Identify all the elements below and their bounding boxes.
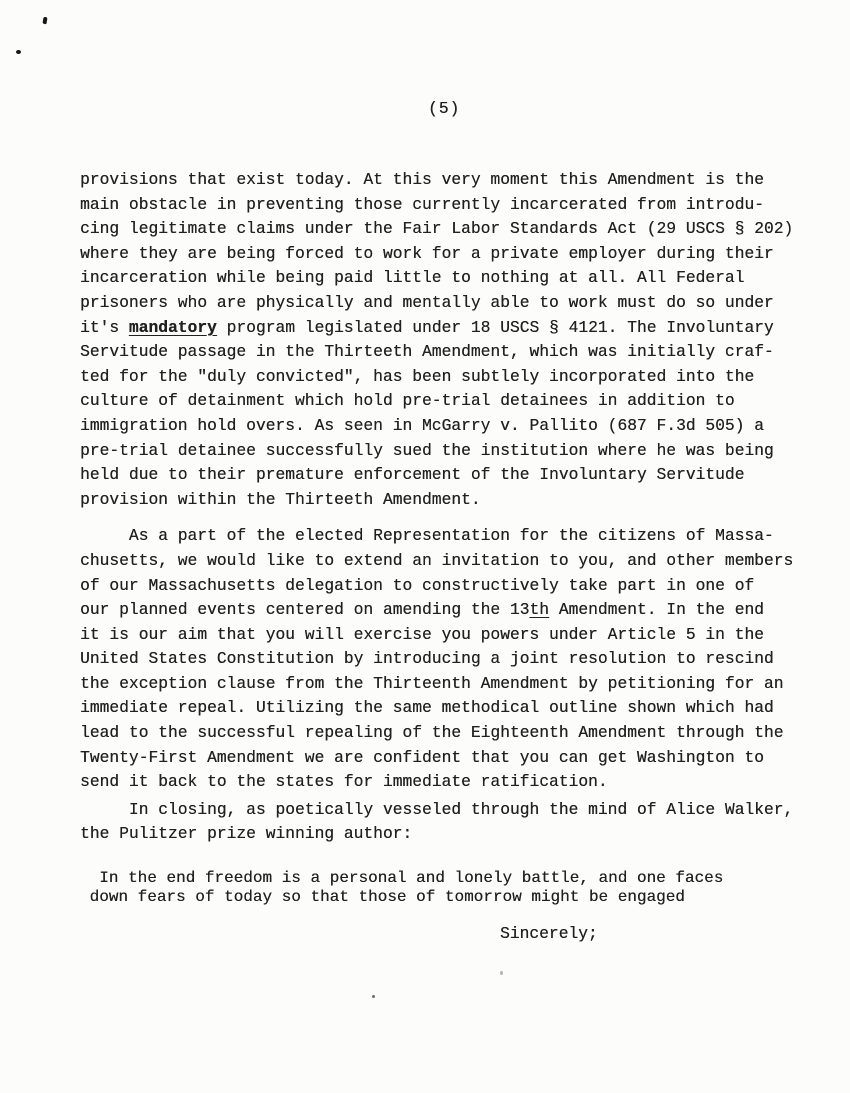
paragraph-closing-intro: In closing, as poetically vesseled throu…: [80, 798, 820, 847]
text-line: As a part of the elected Representation …: [80, 524, 820, 549]
paragraph-invitation: As a part of the elected Representation …: [80, 524, 820, 795]
text-line: the Pulitzer prize winning author:: [80, 822, 820, 847]
closing-signoff: Sincerely;: [80, 922, 820, 947]
text-line: our planned events centered on amending …: [80, 598, 820, 623]
scan-speck-icon: [16, 50, 21, 54]
text-line: prisoners who are physically and mentall…: [80, 291, 820, 316]
text-line: main obstacle in preventing those curren…: [80, 193, 820, 218]
text-line: Twenty-First Amendment we are confident …: [80, 746, 820, 771]
text-line: the exception clause from the Thirteenth…: [80, 672, 820, 697]
text-line: it's mandatory program legislated under …: [80, 316, 820, 341]
paragraph-continuation: provisions that exist today. At this ver…: [80, 168, 820, 512]
text-line: Servitude passage in the Thirteeth Amend…: [80, 340, 820, 365]
text-line: held due to their premature enforcement …: [80, 463, 820, 488]
text-segment: our planned events centered on amending …: [80, 600, 529, 619]
text-line: United States Constitution by introducin…: [80, 647, 820, 672]
text-line: cing legitimate claims under the Fair La…: [80, 217, 820, 242]
text-line: send it back to the states for immediate…: [80, 770, 820, 795]
text-line: immediate repeal. Utilizing the same met…: [80, 696, 820, 721]
text-segment: program legislated under 18 USCS § 4121.…: [217, 318, 774, 337]
text-line: In the end freedom is a personal and lon…: [80, 869, 820, 888]
page-number: (5): [428, 99, 460, 118]
text-line: In closing, as poetically vesseled throu…: [80, 798, 820, 823]
text-line: down fears of today so that those of tom…: [80, 888, 820, 907]
text-line: immigration hold overs. As seen in McGar…: [80, 414, 820, 439]
text-line: it is our aim that you will exercise you…: [80, 623, 820, 648]
scan-speck-icon: [372, 995, 375, 998]
text-segment: it's: [80, 318, 129, 337]
emphasized-text: mandatory: [129, 318, 217, 337]
text-line: provisions that exist today. At this ver…: [80, 168, 820, 193]
text-line: where they are being forced to work for …: [80, 242, 820, 267]
text-line: chusetts, we would like to extend an inv…: [80, 549, 820, 574]
text-line: ted for the "duly convicted", has been s…: [80, 365, 820, 390]
text-line: provision within the Thirteeth Amendment…: [80, 488, 820, 513]
text-segment: Amendment. In the end: [549, 600, 764, 619]
emphasized-text: th: [529, 600, 549, 619]
text-line: culture of detainment which hold pre-tri…: [80, 389, 820, 414]
text-line: lead to the successful repealing of the …: [80, 721, 820, 746]
scanned-letter-page: (5) provisions that exist today. At this…: [0, 0, 850, 1093]
scan-speck-icon: [500, 971, 503, 975]
text-line: of our Massachusetts delegation to const…: [80, 574, 820, 599]
text-line: incarceration while being paid little to…: [80, 266, 820, 291]
scan-speck-icon: [42, 17, 47, 25]
block-quote-alice-walker: In the end freedom is a personal and lon…: [80, 869, 820, 907]
letter-body: provisions that exist today. At this ver…: [80, 168, 820, 947]
text-line: pre-trial detainee successfully sued the…: [80, 439, 820, 464]
